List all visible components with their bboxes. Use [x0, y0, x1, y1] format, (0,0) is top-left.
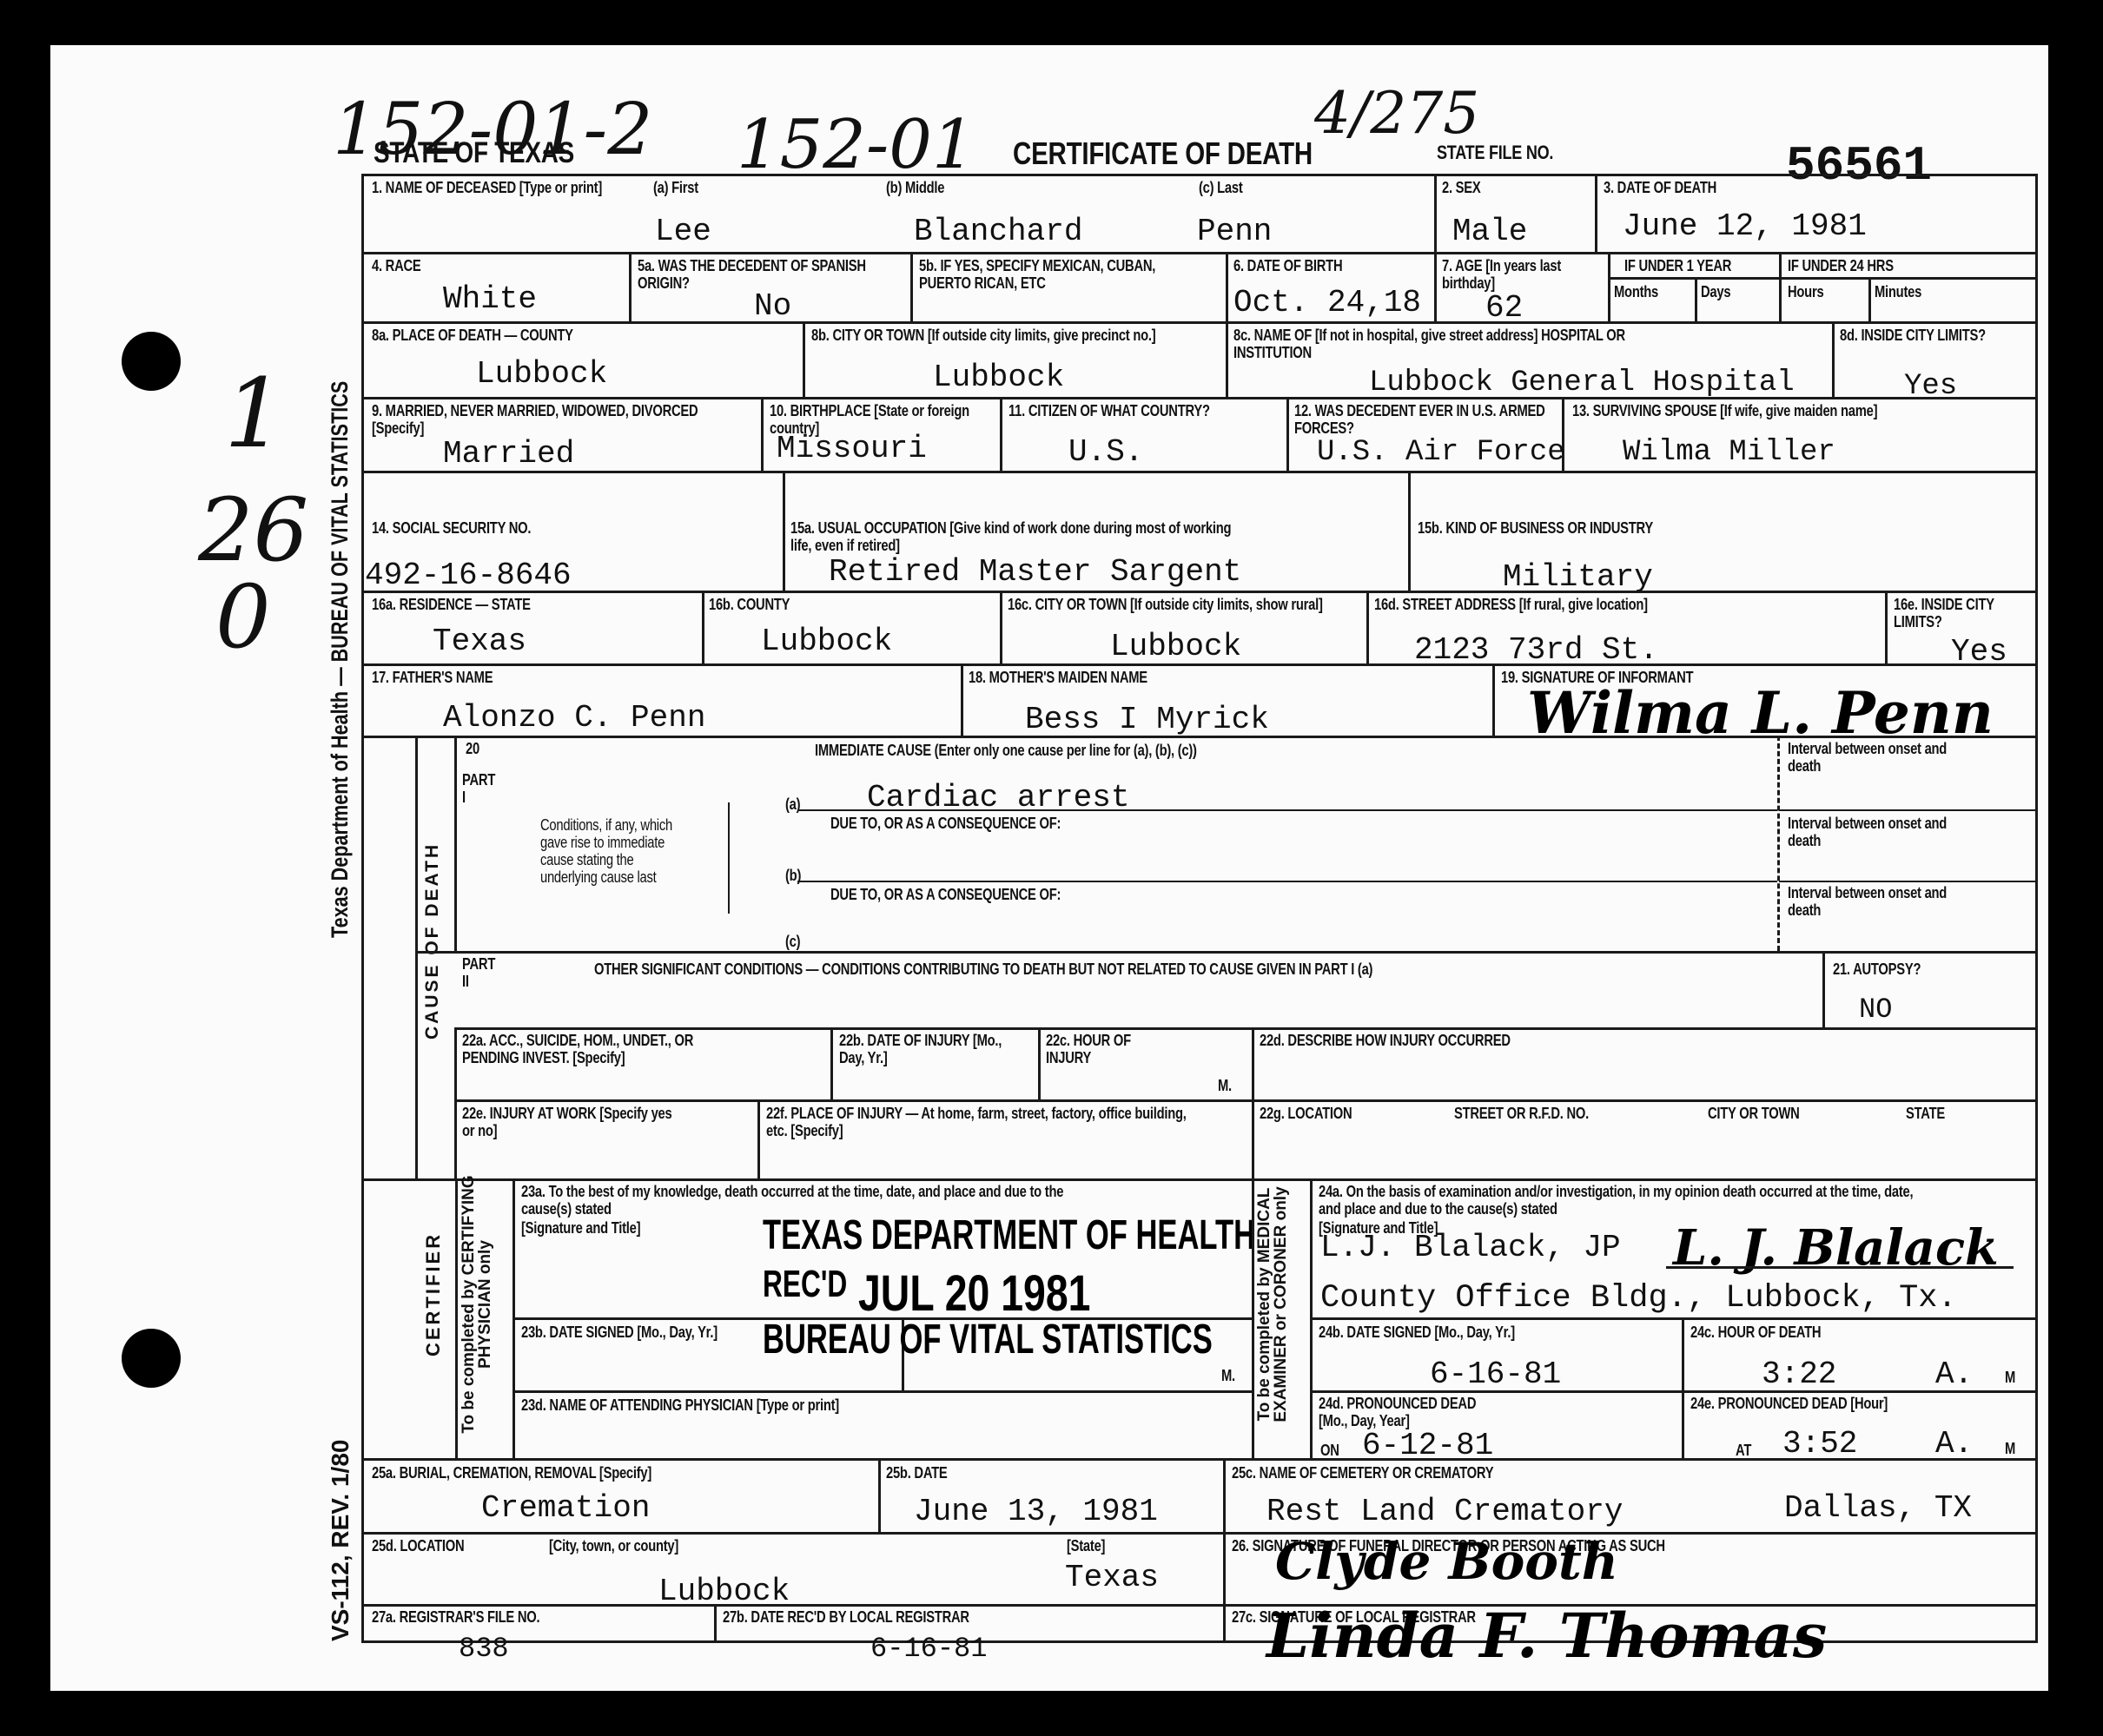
part-ii-label: PART II [462, 955, 491, 990]
examiner-address: County Office Bldg., Lubbock, Tx. [1320, 1282, 1957, 1315]
examiner-name: L.J. Blalack, JP [1320, 1231, 1621, 1264]
handwritten-file-number-2: 152-01 [737, 106, 975, 184]
pronounced-hour: 3:52 [1782, 1428, 1857, 1461]
immediate-cause-label: IMMEDIATE CAUSE (Enter only one cause pe… [815, 742, 1197, 759]
informant-signature: Wilma L. Penn [1527, 679, 1994, 747]
date-of-birth: Oct. 24,18 [1233, 287, 1421, 320]
label-disposition-location: 25d. LOCATION [372, 1537, 464, 1554]
label-injury-description: 22d. DESCRIBE HOW INJURY OCCURRED [1260, 1032, 1511, 1049]
county-of-death: Lubbock [476, 358, 607, 391]
local-registrar-signature: Linda F. Thomas [1266, 1600, 1827, 1672]
due-to-label-2: DUE TO, OR AS A CONSEQUENCE OF: [830, 886, 1061, 903]
item-20-number: 20 [466, 740, 479, 757]
label-disposition: 25a. BURIAL, CREMATION, REMOVAL [Specify… [372, 1464, 651, 1482]
label-attending-physician: 23d. NAME OF ATTENDING PHYSICIAN [Type o… [521, 1396, 839, 1414]
label-minutes: Minutes [1875, 283, 1921, 300]
label-spanish-specify: 5b. IF YES, SPECIFY MEXICAN, CUBAN, PUER… [919, 257, 1204, 292]
label-date-of-birth: 6. DATE OF BIRTH [1233, 257, 1342, 274]
label-hospital: 8c. NAME OF [If not in hospital, give st… [1233, 327, 1696, 361]
label-injury-location: 22g. LOCATION [1260, 1105, 1352, 1122]
label-examiner-statement: 24a. On the basis of examination and/or … [1319, 1183, 1931, 1218]
pronounced-date-prefix: ON [1320, 1442, 1339, 1459]
state-file-label: STATE FILE NO. [1437, 144, 1553, 162]
label-examiner-date-signed: 24b. DATE SIGNED [Mo., Day, Yr.] [1319, 1323, 1515, 1341]
residence-state: Texas [433, 625, 526, 658]
label-crematory: 25c. NAME OF CEMETERY OR CREMATORY [1232, 1464, 1493, 1482]
funeral-director-signature: Clyde Booth [1275, 1532, 1618, 1591]
hour-of-death-ampm: A. [1935, 1358, 1973, 1391]
middle-name: Blanchard [914, 215, 1082, 248]
business: Military [1503, 561, 1653, 594]
label-surviving-spouse: 13. SURVIVING SPOUSE [If wife, give maid… [1572, 402, 1877, 419]
inside-city-limits: Yes [1904, 370, 1957, 403]
label-injury-state: STATE [1906, 1105, 1945, 1122]
label-residence-state: 16a. RESIDENCE — STATE [372, 596, 531, 613]
birthplace: Missouri [777, 432, 927, 465]
disposition-state: Texas [1065, 1561, 1159, 1594]
local-registrar-date: 6-16-81 [870, 1633, 987, 1666]
social-security-number: 492-16-8646 [365, 559, 572, 592]
disposition: Cremation [481, 1492, 650, 1525]
label-citizenship: 11. CITIZEN OF WHAT COUNTRY? [1009, 402, 1215, 419]
occupation: Retired Master Sargent [829, 556, 1241, 589]
interval-label-b: Interval between onset and death [1788, 815, 1973, 849]
label-mother: 18. MOTHER'S MAIDEN NAME [969, 669, 1147, 686]
received-stamp-recd: REC'D [763, 1264, 847, 1304]
citizenship: U.S. [1068, 436, 1143, 469]
spanish-origin: No [754, 290, 791, 323]
sex: Male [1452, 215, 1527, 248]
label-disposition-city: [City, town, or county] [549, 1537, 678, 1554]
label-months: Months [1614, 283, 1658, 300]
label-injury-city: CITY OR TOWN [1708, 1105, 1800, 1122]
crematory-location: Dallas, TX [1784, 1492, 1972, 1525]
label-sex: 2. SEX [1442, 179, 1480, 196]
handwritten-title-note: 4/275 [1314, 80, 1479, 147]
armed-forces: U.S. Air Force [1317, 436, 1565, 469]
registrar-file-no: 838 [459, 1633, 509, 1666]
label-under-24-hrs: IF UNDER 24 HRS [1788, 257, 1894, 274]
interval-label-a: Interval between onset and death [1788, 740, 1973, 775]
residence-inside-city: Yes [1951, 636, 2007, 669]
residence-city: Lubbock [1110, 630, 1241, 663]
label-age: 7. AGE [In years last birthday] [1442, 257, 1584, 292]
pronounced-hour-ampm: A. [1935, 1428, 1973, 1461]
pronounced-hour-prefix: AT [1736, 1442, 1751, 1459]
label-spanish-origin: 5a. WAS THE DECEDENT OF SPANISH ORIGIN? [638, 257, 894, 292]
label-injury-at-work: 22e. INJURY AT WORK [Specify yes or no] [462, 1105, 676, 1139]
examiner-date-signed: 6-16-81 [1430, 1358, 1561, 1391]
margin-note: 1 [224, 358, 285, 469]
label-last: (c) Last [1199, 179, 1243, 196]
mother-maiden-name: Bess I Myrick [1025, 703, 1269, 736]
label-first: (a) First [653, 179, 698, 196]
label-hours: Hours [1788, 283, 1823, 300]
received-stamp-bureau: BUREAU OF VITAL STATISTICS [763, 1318, 1213, 1362]
label-city-of-death: 8b. CITY OR TOWN [If outside city limits… [811, 327, 1181, 344]
physician-only-note: To be completed by CERTIFYING PHYSICIAN … [460, 1174, 493, 1435]
label-armed-forces: 12. WAS DECEDENT EVER IN U.S. ARMED FORC… [1294, 402, 1557, 437]
examiner-only-note: To be completed by MEDICAL EXAMINER or C… [1256, 1174, 1289, 1435]
physician-time-suffix: M. [1221, 1367, 1235, 1384]
label-street-address: 16d. STREET ADDRESS [If rural, give loca… [1374, 596, 1648, 613]
cause-of-death-side-label: CAUSE OF DEATH [422, 842, 443, 1040]
label-days: Days [1701, 283, 1730, 300]
label-marital-status: 9. MARRIED, NEVER MARRIED, WIDOWED, DIVO… [372, 402, 706, 437]
document-title: CERTIFICATE OF DEATH [1013, 137, 1313, 170]
label-ssn: 14. SOCIAL SECURITY NO. [372, 519, 531, 537]
label-disposition-date: 25b. DATE [886, 1464, 948, 1482]
form-number: VS-112, REV. 1/80 [327, 1440, 354, 1641]
label-middle: (b) Middle [886, 179, 944, 196]
label-inside-city-limits: 8d. INSIDE CITY LIMITS? [1840, 327, 2011, 344]
label-place-of-injury: 22f. PLACE OF INJURY — At home, farm, st… [766, 1105, 1194, 1139]
street-address: 2123 73rd St. [1414, 634, 1658, 667]
father-name: Alonzo C. Penn [443, 702, 705, 735]
hospital: Lubbock General Hospital [1369, 366, 1795, 399]
label-under-1-year: IF UNDER 1 YEAR [1624, 257, 1731, 274]
label-manner: 22a. ACC., SUICIDE, HOM., UNDET., OR PEN… [462, 1032, 733, 1066]
label-pronounced-date: 24d. PRONOUNCED DEAD [Mo., Day, Year] [1319, 1395, 1490, 1429]
date-of-death: June 12, 1981 [1623, 210, 1867, 243]
race: White [443, 283, 537, 316]
label-race: 4. RACE [372, 257, 421, 274]
residence-county: Lubbock [761, 625, 892, 658]
disposition-date: June 13, 1981 [914, 1495, 1158, 1528]
label-father: 17. FATHER'S NAME [372, 669, 493, 686]
surviving-spouse: Wilma Miller [1623, 436, 1835, 469]
other-conditions-label: OTHER SIGNIFICANT CONDITIONS — CONDITION… [594, 960, 1372, 978]
label-residence-city: 16c. CITY OR TOWN [If outside city limit… [1008, 596, 1335, 613]
label-date-of-injury: 22b. DATE OF INJURY [Mo., Day, Yr.] [839, 1032, 1010, 1066]
crematory: Rest Land Crematory [1266, 1495, 1623, 1528]
label-pronounced-hour: 24e. PRONOUNCED DEAD [Hour] [1690, 1395, 1888, 1412]
label-residence-inside-city: 16e. INSIDE CITY LIMITS? [1894, 596, 2036, 630]
punch-hole [122, 332, 181, 391]
part-i-label: PART I [462, 771, 491, 806]
label-residence-county: 16b. COUNTY [709, 596, 790, 613]
marital-status: Married [443, 438, 574, 471]
certifier-side-label: CERTIFIER [422, 1232, 445, 1356]
hour-of-injury-suffix: M. [1218, 1077, 1232, 1094]
autopsy: NO [1859, 993, 1892, 1026]
label-business: 15b. KIND OF BUSINESS OR INDUSTRY [1418, 519, 1653, 537]
punch-hole [122, 1329, 181, 1388]
pronounced-hour-m: M [2005, 1440, 2015, 1457]
label-registrar-file-no: 27a. REGISTRAR'S FILE NO. [372, 1608, 539, 1626]
received-stamp-date: JUL 20 1981 [858, 1268, 1090, 1320]
cause-c-label: (c) [785, 933, 800, 950]
interval-label-c: Interval between onset and death [1788, 884, 1973, 919]
city-of-death: Lubbock [933, 361, 1064, 394]
label-physician-signature: [Signature and Title] [521, 1219, 640, 1237]
label-county-of-death: 8a. PLACE OF DEATH — COUNTY [372, 327, 573, 344]
received-stamp-line1: TEXAS DEPARTMENT OF HEALTH [763, 1214, 1255, 1257]
department-side-label: Texas Department of Health — BUREAU OF V… [327, 381, 354, 938]
margin-note: 0 [215, 566, 271, 668]
last-name: Penn [1197, 215, 1272, 248]
label-local-registrar-date: 27b. DATE REC'D BY LOCAL REGISTRAR [723, 1608, 969, 1626]
label-street-rfd: STREET OR R.F.D. NO. [1454, 1105, 1589, 1122]
hour-of-death-m: M [2005, 1369, 2015, 1386]
label-1: 1. NAME OF DECEASED [Type or print] [372, 179, 602, 196]
age: 62 [1485, 292, 1523, 325]
label-disposition-state: [State] [1067, 1537, 1105, 1554]
label-occupation: 15a. USUAL OCCUPATION [Give kind of work… [790, 519, 1247, 554]
label-autopsy: 21. AUTOPSY? [1833, 960, 1921, 978]
label-date-of-death: 3. DATE OF DEATH [1604, 179, 1716, 196]
state-heading: STATE OF TEXAS [374, 137, 574, 168]
label-hour-of-death: 24c. HOUR OF DEATH [1690, 1323, 1821, 1341]
label-physician-date-signed: 23b. DATE SIGNED [Mo., Day, Yr.] [521, 1323, 718, 1341]
hour-of-death: 3:22 [1762, 1358, 1836, 1391]
label-hour-of-injury: 22c. HOUR OF INJURY [1046, 1032, 1153, 1066]
first-name: Lee [655, 215, 711, 248]
conditions-note: Conditions, if any, which gave rise to i… [540, 816, 683, 886]
due-to-label-1: DUE TO, OR AS A CONSEQUENCE OF: [830, 815, 1061, 832]
certificate-page: 152-01-2 152-01 4/275 STATE OF TEXAS CER… [50, 45, 2048, 1691]
